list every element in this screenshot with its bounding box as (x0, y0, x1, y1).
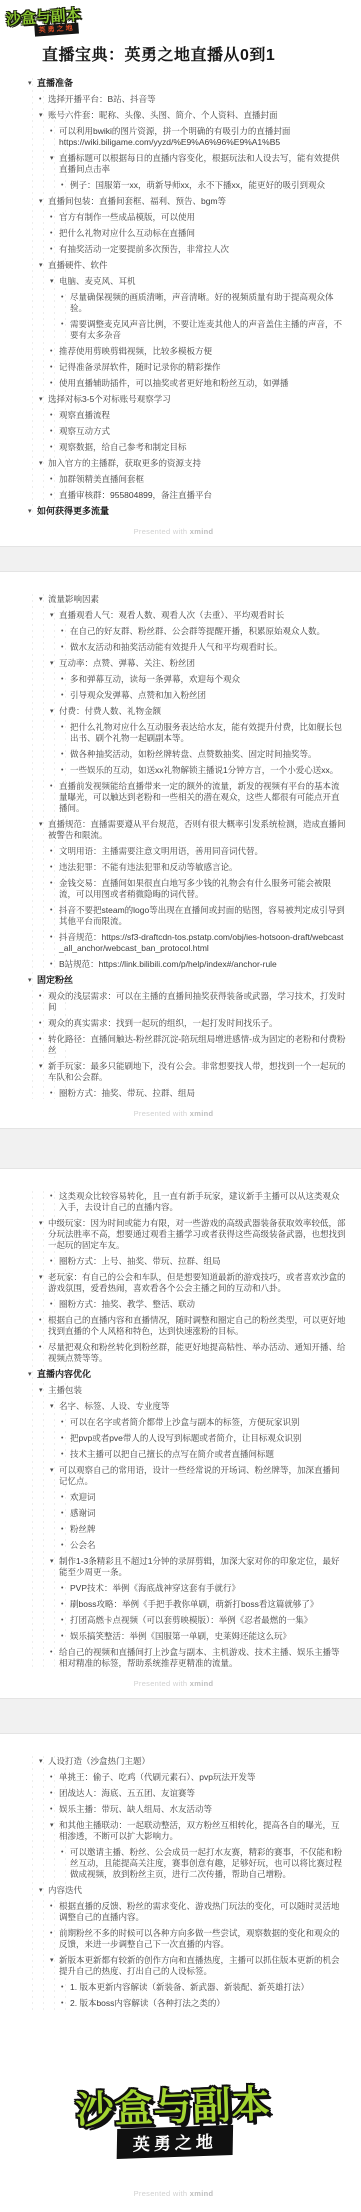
outline-item-text: 做水友活动和抽奖活动能有效提升人气和平均观看时长。 (70, 642, 283, 653)
outline-item-text: 选择开播平台：B站、抖音等 (48, 94, 156, 105)
outline-item: •可以在名字或者简介都带上沙盒与副本的标签，方便玩家识别 (61, 1417, 347, 1428)
outline-item-text: 直播内容优化 (37, 1369, 91, 1380)
bullet-icon: • (50, 126, 59, 137)
outline-item: •观察互动方式 (50, 426, 347, 437)
bullet-icon: • (61, 1508, 70, 1519)
bullet-icon: • (50, 781, 59, 792)
outline-item: •观察数据，给自己参考和制定目标 (50, 442, 347, 453)
outline-item-text: 主播包装 (48, 1385, 82, 1396)
outline-item: ▾流量影响因素 (39, 594, 347, 605)
collapse-toggle-icon[interactable]: ▾ (50, 1820, 59, 1831)
bullet-icon: • (50, 932, 59, 943)
bullet-icon: • (39, 1018, 48, 1029)
outline-item-text: 前期粉丝不多的时候可以各种方向多做一些尝试，观察数据的变化和观众的反馈，来进一步… (59, 1928, 347, 1950)
outline-item-text: 使用直播辅助插件，可以抽奖或者更好地和粉丝互动，如弹播 (59, 378, 289, 389)
outline-item: •单挑王：偷子、吃鸡（代刷元素石）、pvp玩法开发等 (50, 1772, 347, 1783)
outline-item-text: 欢迎词 (70, 1492, 96, 1503)
bullet-icon: • (50, 878, 59, 889)
outline-item-text: 粉丝牌 (70, 1524, 96, 1535)
outline-item-text: 圈粉方式：抽奖、带玩、拉群、组局 (59, 1088, 195, 1099)
outline-item: •技术主播可以把自己擅长的点写在简介或者直播间标题 (61, 1449, 347, 1460)
collapse-toggle-icon[interactable]: ▾ (39, 1272, 48, 1283)
page-gap (0, 546, 361, 572)
bullet-icon: • (50, 862, 59, 873)
outline-item-text: 电脑、麦克风、耳机 (59, 276, 136, 287)
outline-item-text: 给自己的视频和直播间打上沙盒与副本、主机游戏、技术主播、娱乐主播等相对精准的标签… (59, 1647, 347, 1669)
outline-item-text: 根据直播的反馈、粉丝的需求变化、游戏热门玩法的变化，可以随时灵活地调整自己的直播… (59, 1901, 347, 1923)
outline-item: ▾选择对标3-5个对标账号观察学习 (39, 394, 347, 405)
outline-item: ▾中级玩家：因为时间或能力有限，对一些游戏的高级武器装备获取效率较低，部分玩法胜… (39, 1218, 347, 1251)
outline-item: •可以利用bwiki的图片资源，拼一个明确的有吸引力的直播封面 https://… (50, 126, 347, 148)
outline-item: ▾账号六件套：昵称、头像、头图、简介、个人资料、直播封面 (39, 110, 347, 121)
outline-item: ▾名字、标签、人设、专业度等 (50, 1401, 347, 1412)
outline-item-text: 账号六件套：昵称、头像、头图、简介、个人资料、直播封面 (48, 110, 278, 121)
watermark-prefix: Presented with (134, 1109, 190, 1118)
outline-item-text: 记得准备录屏软件，随时记录你的精彩操作 (59, 362, 221, 373)
bullet-icon: • (61, 1847, 70, 1858)
logo-sub-text: 英勇之地 (34, 23, 79, 37)
outline-item-text: 直播准备 (37, 78, 73, 89)
outline-item-text: 互动率：点赞、弹幕、关注、粉丝团 (59, 658, 195, 669)
outline-item: •使用直播辅助插件，可以抽奖或者更好地和粉丝互动，如弹播 (50, 378, 347, 389)
collapse-toggle-icon[interactable]: ▾ (39, 1885, 48, 1896)
outline-item: •转化路径：直播间触达-粉丝群沉淀-陪玩组局增进感情-成为固定的老粉和付费粉丝 (39, 1034, 347, 1056)
outline-item-text: 尽量确保视频的画质清晰，声音清晰。好的视频质量有助于提高观众体验。 (70, 292, 347, 314)
outline-item-text: 在自己的好友群、粉丝群、公会群等提醒开播，积累原始观众人数。 (70, 626, 325, 637)
outline-item-text: 一些娱乐的互动，如送xx礼物解锁主播说1分钟方言，一个小爱心送xx。 (70, 765, 338, 776)
collapse-toggle-icon[interactable]: ▾ (28, 975, 37, 986)
outline-item-text: 把什么礼物对应什么互动服务表达给水友，能有效提升付费，比如舰长包出书、刷个礼物一… (70, 722, 347, 744)
bullet-icon: • (61, 1492, 70, 1503)
outline-item-text: 加入官方的主播群，获取更多的资源支持 (48, 458, 201, 469)
outline-item: •直播前发视频能给直播带来一定的额外的流量，新发的视频有平台的基本流量曝光，可以… (50, 781, 347, 814)
collapse-toggle-icon[interactable]: ▾ (39, 260, 48, 271)
xmind-watermark: Presented with xmind (0, 1679, 347, 1688)
outline-item-text: 付费：付费人数、礼物金额 (59, 706, 161, 717)
page-items: ▾人设打造（沙盒热门主题）•单挑王：偷子、吃鸡（代刷元素石）、pvp玩法开发等•… (0, 1756, 347, 2014)
footer-logo-sub-text: 英勇之地 (116, 2125, 232, 2159)
outline-item: •圈粉方式：上号、抽奖、带玩、拉群、组局 (50, 1256, 347, 1267)
outline-item-text: 内容迭代 (48, 1885, 82, 1896)
collapse-toggle-icon[interactable]: ▾ (39, 394, 48, 405)
bullet-icon: • (61, 765, 70, 776)
outline-item: •团战达人：海底、五五团、友谊赛等 (50, 1788, 347, 1799)
collapse-toggle-icon[interactable]: ▾ (50, 153, 59, 164)
xmind-watermark: Presented with xmind (0, 527, 347, 536)
outline-item: •尽量把观众和粉丝转化到粉丝群，能更好地提高粘性、举办活动、通知开播、给视频点赞… (39, 1342, 347, 1364)
outline-item: ▾制作1-3条精彩且不超过1分钟的录屏剪辑，加深大家对你的印象定位，最好能至少周… (50, 1556, 347, 1578)
outline-item: •观众的真实需求：找到一起玩的组织，一起打发时间找乐子。 (39, 1018, 347, 1029)
outline-item-text: 引导观众发弹幕、点赞和加入粉丝团 (70, 690, 206, 701)
bullet-icon: • (50, 442, 59, 453)
collapse-toggle-icon[interactable]: ▾ (50, 706, 59, 717)
outline-item-text: 违法犯罪：不能有违法犯罪和反动等敏感言论。 (59, 862, 238, 873)
outline-item: ▾直播规范：直播需要遵从平台规范，否则有很大概率引发系统检测，造成直播间被警告和… (39, 819, 347, 841)
outline-item: •例子：国服第一xx，萌新导师xx，永不下播xx，能更好的吸引到观众 (61, 180, 347, 191)
outline-item-text: 推荐使用剪映剪辑视频，比较多模板方便 (59, 346, 212, 357)
watermark-brand: xmind (190, 527, 214, 536)
outline-item-text: 官方有制作一些成品模版，可以使用 (59, 212, 195, 223)
bullet-icon: • (61, 292, 70, 303)
outline-item-text: 中级玩家：因为时间或能力有限，对一些游戏的高级武器装备获取效率较低，部分玩法胜率… (48, 1218, 347, 1251)
outline-item: ▾直播标题可以根据每日的直播内容变化，根据玩法和人设去写，能有效提供直播间点击率 (50, 153, 347, 175)
bullet-icon: • (61, 722, 70, 733)
bullet-icon: • (61, 1433, 70, 1444)
page-2: ▾流量影响因素▾直播观看人气：观看人数、观看人次（去重）、平均观看时长•在自己的… (0, 572, 361, 1128)
outline-item: •金钱交易：直播间如果很直白地写多少钱的礼物会有什么服务可能会被限流，可以用图或… (50, 878, 347, 900)
outline-item-text: 直播规范：直播需要遵从平台规范，否则有很大概率引发系统检测，造成直播间被警告和限… (48, 819, 347, 841)
watermark-brand: xmind (190, 2189, 214, 2198)
outline-item-text: 圈粉方式：抽奖、教学、整活、联动 (59, 1299, 195, 1310)
outline-item: •PVP技术：举例《海底战神穿这套有手就行》 (61, 1583, 347, 1594)
outline-item: •前期粉丝不多的时候可以各种方向多做一些尝试，观察数据的变化和观众的反馈，来进一… (50, 1928, 347, 1950)
collapse-toggle-icon[interactable]: ▾ (50, 1955, 59, 1966)
collapse-toggle-icon[interactable]: ▾ (39, 1061, 48, 1072)
outline-item: ▾直播硬件、软件 (39, 260, 347, 271)
outline-item-text: 公会名 (70, 1540, 96, 1551)
bullet-icon: • (61, 1417, 70, 1428)
outline-item-text: 制作1-3条精彩且不超过1分钟的录屏剪辑，加深大家对你的印象定位，最好能至少周更… (59, 1556, 347, 1578)
outline-item-text: 例子：国服第一xx，萌新导师xx，永不下播xx，能更好的吸引到观众 (70, 180, 325, 191)
outline-item-text: 这类观众比较容易转化，且一直有新手玩家，建议新手主播可以从这类观众入手，去设计自… (59, 1191, 347, 1213)
outline-item: •抖音不要把steam的logo等出现在直播间或封面的贴图，容易被判定成引导到其… (50, 905, 347, 927)
page-1: 沙盒与副本 英勇之地 直播宝典：英勇之地直播从0到1 ▾直播准备•选择开播平台：… (0, 0, 361, 546)
bullet-icon: • (50, 846, 59, 857)
outline-item: •根据自己的直播内容和直播情况，随时调整和圈定自己的粉丝类型，可以更好地找到直播… (39, 1315, 347, 1337)
outline-item-text: B站规范：https://link.bilibili.com/p/help/in… (59, 959, 277, 970)
outline-item: •多和弹幕互动，读每一条弹幕，欢迎每个观众 (61, 674, 347, 685)
page-gap (0, 1128, 361, 1169)
watermark-prefix: Presented with (134, 527, 190, 536)
bullet-icon: • (50, 1788, 59, 1799)
outline-item: ▾主播包装 (39, 1385, 347, 1396)
outline-item: ▾互动率：点赞、弹幕、关注、粉丝团 (50, 658, 347, 669)
outline-item-text: 感谢词 (70, 1508, 96, 1519)
outline-item-text: 直播观看人气：观看人数、观看人次（去重）、平均观看时长 (59, 610, 284, 621)
outline-item: •一些娱乐的互动，如送xx礼物解锁主播说1分钟方言，一个小爱心送xx。 (61, 765, 347, 776)
bullet-icon: • (61, 1449, 70, 1460)
outline-item-text: 单挑王：偷子、吃鸡（代刷元素石）、pvp玩法开发等 (59, 1772, 255, 1783)
outline-item-text: 和其他主播联动：一起联动整活，双方粉丝互相转化，提高各自的曝光，互相渗透，不断可… (59, 1820, 347, 1842)
outline-item: •官方有制作一些成品模版，可以使用 (50, 212, 347, 223)
outline-item-text: 新手玩家：最多只能刷地下，没有公会。非常想要找人带，想找到一个一起玩的车队和公会… (48, 1061, 347, 1083)
outline-item: •需要调整麦克风声音比例，不要让连麦其他人的声音盖住主播的声音，不要有太多杂音 (61, 319, 347, 341)
collapse-toggle-icon[interactable]: ▾ (39, 1756, 48, 1767)
outline-item-text: 老玩家：有自己的公会和车队，但是想要知道最新的游戏技巧，或者喜欢沙盒的游戏氛围，… (48, 1272, 347, 1294)
outline-item: •在自己的好友群、粉丝群、公会群等提醒开播，积累原始观众人数。 (61, 626, 347, 637)
outline-item: ▾付费：付费人数、礼物金额 (50, 706, 347, 717)
bullet-icon: • (50, 1191, 59, 1202)
collapse-toggle-icon[interactable]: ▾ (39, 1385, 48, 1396)
outline-item-text: 人设打造（沙盒热门主题） (48, 1756, 150, 1767)
outline-item-text: PVP技术：举例《海底战神穿这套有手就行》 (70, 1583, 240, 1594)
bullet-icon: • (61, 1583, 70, 1594)
page-items: ▾流量影响因素▾直播观看人气：观看人数、观看人次（去重）、平均观看时长•在自己的… (0, 594, 347, 1099)
outline-item: •可以邀请主播、粉丝、公会成员一起打水友赛，精彩的赛事，不仅能和粉丝互动，且能提… (61, 1847, 347, 1880)
bullet-icon: • (50, 1256, 59, 1267)
outline-item: •娱乐搞笑整活：举例《国服第一单刷，史莱姆还能这么玩》 (61, 1631, 347, 1642)
outline-item-text: 可以利用bwiki的图片资源，拼一个明确的有吸引力的直播封面 https://w… (59, 126, 290, 148)
outline-item-text: 观察直播流程 (59, 410, 110, 421)
outline-item: •记得准备录屏软件，随时记录你的精彩操作 (50, 362, 347, 373)
bullet-icon: • (50, 490, 59, 501)
outline-item: •感谢词 (61, 1508, 347, 1519)
outline-item-text: 把pvp或者pve带人的人设写到标题或者简介，让目标观众识别 (70, 1433, 301, 1444)
collapse-toggle-icon[interactable]: ▾ (39, 594, 48, 605)
outline-item: •娱乐主播：带玩、缺人组局、水友活动等 (50, 1804, 347, 1815)
outline-item-text: 尽量把观众和粉丝转化到粉丝群，能更好地提高粘性、举办活动、通知开播、给视频点赞等… (48, 1342, 347, 1364)
outline-item: ▾和其他主播联动：一起联动整活，双方粉丝互相转化，提高各自的曝光，互相渗透，不断… (50, 1820, 347, 1842)
bullet-icon: • (50, 378, 59, 389)
outline-item: •加群领精美直播间套框 (50, 474, 347, 485)
collapse-toggle-icon[interactable]: ▾ (50, 276, 59, 287)
collapse-toggle-icon[interactable]: ▾ (39, 458, 48, 469)
bullet-icon: • (39, 991, 48, 1002)
outline-item: •文明用语：主播需要注意文明用语，善用同音词代替。 (50, 846, 347, 857)
outline-item: •直播审核群：955804899，备注直播平台 (50, 490, 347, 501)
outline-item-text: 观众的浅层需求：可以在主播的直播间抽奖获得装备或武器，学习技术，打发时间 (48, 991, 347, 1013)
outline-item: ▾新版本更新都有较新的创作方向和直播热度，主播可以抓住版本更新的机会提升自己的热… (50, 1955, 347, 1977)
bullet-icon: • (50, 1299, 59, 1310)
outline-item: •圈粉方式：抽奖、教学、整活、联动 (50, 1299, 347, 1310)
outline-item: ▾人设打造（沙盒热门主题） (39, 1756, 347, 1767)
outline-item: ▾直播内容优化 (28, 1369, 347, 1380)
outline-item-text: 直播审核群：955804899，备注直播平台 (59, 490, 212, 501)
outline-item-text: 加群领精美直播间套框 (59, 474, 144, 485)
outline-item: •观察直播流程 (50, 410, 347, 421)
bullet-icon: • (50, 244, 59, 255)
page-4: ▾人设打造（沙盒热门主题）•单挑王：偷子、吃鸡（代刷元素石）、pvp玩法开发等•… (0, 1734, 361, 2212)
page-gap (0, 1698, 361, 1734)
outline-item-text: 选择对标3-5个对标账号观察学习 (48, 394, 171, 405)
outline-item: •给自己的视频和直播间打上沙盒与副本、主机游戏、技术主播、娱乐主播等相对精准的标… (50, 1647, 347, 1669)
outline-item-text: 需要调整麦克风声音比例，不要让连麦其他人的声音盖住主播的声音，不要有太多杂音 (70, 319, 347, 341)
outline-item-text: 圈粉方式：上号、抽奖、带玩、拉群、组局 (59, 1256, 221, 1267)
outline-item: •公会名 (61, 1540, 347, 1551)
bullet-icon: • (50, 410, 59, 421)
bullet-icon: • (50, 1928, 59, 1939)
bullet-icon: • (61, 1982, 70, 1993)
outline-item: ▾直播间包装：直播间套框、福利、预告、bgm等 (39, 196, 347, 207)
outline-item: •选择开播平台：B站、抖音等 (39, 94, 347, 105)
bullet-icon: • (50, 1901, 59, 1912)
outline-item: •圈粉方式：抽奖、带玩、拉群、组局 (50, 1088, 347, 1099)
page-3: •这类观众比较容易转化，且一直有新手玩家，建议新手主播可以从这类观众入手，去设计… (0, 1169, 361, 1698)
outline-item-text: 固定粉丝 (37, 975, 73, 986)
outline-item: •做各种抽奖活动，如粉丝牌转盘、点赞数抽奖、固定时间抽奖等。 (61, 749, 347, 760)
outline-item-text: 新版本更新都有较新的创作方向和直播热度，主播可以抓住版本更新的机会提升自己的热度… (59, 1955, 347, 1977)
bullet-icon: • (61, 690, 70, 701)
outline-item-text: 观察数据，给自己参考和制定目标 (59, 442, 187, 453)
outline-item-text: 娱乐主播：带玩、缺人组局、水友活动等 (59, 1804, 212, 1815)
bullet-icon: • (61, 1615, 70, 1626)
bullet-icon: • (61, 319, 70, 330)
outline-item: •观众的浅层需求：可以在主播的直播间抽奖获得装备或武器，学习技术，打发时间 (39, 991, 347, 1013)
outline-item: •1. 版本更新内容解读（新装备、新武器、新装配、新英雄打法） (61, 1982, 347, 1993)
outline-item: •B站规范：https://link.bilibili.com/p/help/i… (50, 959, 347, 970)
bullet-icon: • (61, 1540, 70, 1551)
outline-item-text: 抖音规范：https://sf3-draftcdn-tos.pstatp.com… (59, 932, 347, 954)
outline-item: ▾直播观看人气：观看人数、观看人次（去重）、平均观看时长 (50, 610, 347, 621)
outline-item-text: 把什么礼物对应什么互动标在直播间 (59, 228, 195, 239)
bullet-icon: • (61, 749, 70, 760)
outline-item-text: 多和弹幕互动，读每一条弹幕，欢迎每个观众 (70, 674, 240, 685)
page-items: •这类观众比较容易转化，且一直有新手玩家，建议新手主播可以从这类观众入手，去设计… (0, 1191, 347, 1669)
app-logo: 沙盒与副本 英勇之地 (5, 3, 82, 38)
bullet-icon: • (50, 362, 59, 373)
bullet-icon: • (50, 212, 59, 223)
footer-logo: 沙盒与副本 英勇之地 (0, 2070, 348, 2163)
outline-item-text: 直播间包装：直播间套框、福利、预告、bgm等 (48, 196, 226, 207)
outline-item: ▾可以观察自己的常用语，设计一些经常说的开场词、粉丝牌等，加深直播间记忆点。 (50, 1465, 347, 1487)
outline-item: •做水友活动和抽奖活动能有效提升人气和平均观看时长。 (61, 642, 347, 653)
outline-item-text: 可以观察自己的常用语，设计一些经常说的开场词、粉丝牌等，加深直播间记忆点。 (59, 1465, 347, 1487)
bullet-icon: • (39, 1315, 48, 1326)
bullet-icon: • (61, 674, 70, 685)
outline-item-text: 直播前发视频能给直播带来一定的额外的流量，新发的视频有平台的基本流量曝光，可以触… (59, 781, 347, 814)
bullet-icon: • (50, 474, 59, 485)
bullet-icon: • (50, 228, 59, 239)
outline-item: ▾内容迭代 (39, 1885, 347, 1896)
bullet-icon: • (61, 1599, 70, 1610)
collapse-toggle-icon[interactable]: ▾ (50, 1401, 59, 1412)
outline-item: •这类观众比较容易转化，且一直有新手玩家，建议新手主播可以从这类观众入手，去设计… (50, 1191, 347, 1213)
page-items: ▾直播准备•选择开播平台：B站、抖音等▾账号六件套：昵称、头像、头图、简介、个人… (0, 78, 347, 517)
outline-item-text: 转化路径：直播间触达-粉丝群沉淀-陪玩组局增进感情-成为固定的老粉和付费粉丝 (48, 1034, 347, 1056)
collapse-toggle-icon[interactable]: ▾ (28, 506, 37, 517)
collapse-toggle-icon[interactable]: ▾ (28, 1369, 37, 1380)
outline-item-text: 做各种抽奖活动，如粉丝牌转盘、点赞数抽奖、固定时间抽奖等。 (70, 749, 317, 760)
outline-item: •把pvp或者pve带人的人设写到标题或者简介，让目标观众识别 (61, 1433, 347, 1444)
outline-item-text: 直播标题可以根据每日的直播内容变化，根据玩法和人设去写，能有效提供直播间点击率 (59, 153, 347, 175)
outline-item: ▾加入官方的主播群，获取更多的资源支持 (39, 458, 347, 469)
outline-item: ▾老玩家：有自己的公会和车队，但是想要知道最新的游戏技巧，或者喜欢沙盒的游戏氛围… (39, 1272, 347, 1294)
outline-item: •刷boss攻略：举例《手把手教你单刷，萌新打boss看这篇就够了》 (61, 1599, 347, 1610)
outline-item: •2. 版本boss内容解读（各种打法之类的） (61, 1998, 347, 2009)
collapse-toggle-icon[interactable]: ▾ (50, 1465, 59, 1476)
outline-item-text: 可以邀请主播、粉丝、公会成员一起打水友赛，精彩的赛事，不仅能和粉丝互动，且能提高… (70, 1847, 347, 1880)
collapse-toggle-icon[interactable]: ▾ (39, 819, 48, 830)
outline-item-text: 娱乐搞笑整活：举例《国服第一单刷，史莱姆还能这么玩》 (70, 1631, 291, 1642)
page-title: 直播宝典：英勇之地直播从0到1 (42, 42, 347, 65)
outline-item-text: 有抽奖活动一定要提前多次预告，非常拉人次 (59, 244, 229, 255)
outline-item-text: 文明用语：主播需要注意文明用语，善用同音词代替。 (59, 846, 263, 857)
collapse-toggle-icon[interactable]: ▾ (39, 110, 48, 121)
outline-item-text: 刷boss攻略：举例《手把手教你单刷，萌新打boss看这篇就够了》 (70, 1599, 318, 1610)
outline-item-text: 观众的真实需求：找到一起玩的组织，一起打发时间找乐子。 (48, 1018, 278, 1029)
bullet-icon: • (39, 1034, 48, 1045)
outline-item-text: 金钱交易：直播间如果很直白地写多少钱的礼物会有什么服务可能会被限流，可以用图或者… (59, 878, 347, 900)
outline-item: ▾如何获得更多流量 (28, 506, 347, 517)
outline-item: •把什么礼物对应什么互动服务表达给水友，能有效提升付费，比如舰长包出书、刷个礼物… (61, 722, 347, 744)
outline-item-text: 团战达人：海底、五五团、友谊赛等 (59, 1788, 195, 1799)
outline-item-text: 观察互动方式 (59, 426, 110, 437)
bullet-icon: • (61, 180, 70, 191)
outline-item: •违法犯罪：不能有违法犯罪和反动等敏感言论。 (50, 862, 347, 873)
bullet-icon: • (50, 959, 59, 970)
outline-item: ▾新手玩家：最多只能刷地下，没有公会。非常想要找人带，想找到一个一起玩的车队和公… (39, 1061, 347, 1083)
watermark-prefix: Presented with (134, 2189, 190, 2198)
watermark-prefix: Presented with (134, 1679, 190, 1688)
outline-item-text: 根据自己的直播内容和直播情况，随时调整和圈定自己的粉丝类型，可以更好地找到直播的… (48, 1315, 347, 1337)
outline-item-text: 名字、标签、人设、专业度等 (59, 1401, 170, 1412)
xmind-watermark: Presented with xmind (0, 2189, 347, 2202)
collapse-toggle-icon[interactable]: ▾ (50, 610, 59, 621)
bullet-icon: • (50, 905, 59, 916)
collapse-toggle-icon[interactable]: ▾ (50, 1556, 59, 1567)
collapse-toggle-icon[interactable]: ▾ (50, 658, 59, 669)
bullet-icon: • (61, 1524, 70, 1535)
outline-item-text: 打团高燃卡点视频（可以套剪映模版）：举例《忍者最燃的一集》 (70, 1615, 312, 1626)
bullet-icon: • (61, 626, 70, 637)
outline-item-text: 抖音不要把steam的logo等出现在直播间或封面的贴图，容易被判定成引导到其他… (59, 905, 347, 927)
collapse-toggle-icon[interactable]: ▾ (39, 196, 48, 207)
bullet-icon: • (50, 1647, 59, 1658)
outline-item: •根据直播的反馈、粉丝的需求变化、游戏热门玩法的变化，可以随时灵活地调整自己的直… (50, 1901, 347, 1923)
bullet-icon: • (50, 426, 59, 437)
bullet-icon: • (61, 642, 70, 653)
outline-item: ▾直播准备 (28, 78, 347, 89)
bullet-icon: • (50, 1804, 59, 1815)
collapse-toggle-icon[interactable]: ▾ (28, 78, 37, 89)
bullet-icon: • (50, 1772, 59, 1783)
bullet-icon: • (61, 1631, 70, 1642)
watermark-brand: xmind (190, 1109, 214, 1118)
outline-item-text: 可以在名字或者简介都带上沙盒与副本的标签，方便玩家识别 (70, 1417, 300, 1428)
collapse-toggle-icon[interactable]: ▾ (39, 1218, 48, 1229)
xmind-watermark: Presented with xmind (0, 1109, 347, 1118)
bullet-icon: • (61, 1998, 70, 2009)
outline-item: •引导观众发弹幕、点赞和加入粉丝团 (61, 690, 347, 701)
outline-item: •有抽奖活动一定要提前多次预告，非常拉人次 (50, 244, 347, 255)
bullet-icon: • (50, 346, 59, 357)
outline-item: •粉丝牌 (61, 1524, 347, 1535)
outline-item: •欢迎词 (61, 1492, 347, 1503)
outline-item-text: 直播硬件、软件 (48, 260, 108, 271)
outline-item: ▾固定粉丝 (28, 975, 347, 986)
outline-item-text: 流量影响因素 (48, 594, 99, 605)
outline-item: •打团高燃卡点视频（可以套剪映模版）：举例《忍者最燃的一集》 (61, 1615, 347, 1626)
outline-item-text: 技术主播可以把自己擅长的点写在简介或者直播间标题 (70, 1449, 274, 1460)
outline-item: •推荐使用剪映剪辑视频，比较多模板方便 (50, 346, 347, 357)
bullet-icon: • (39, 94, 48, 105)
outline-item: ▾电脑、麦克风、耳机 (50, 276, 347, 287)
outline-item: •尽量确保视频的画质清晰，声音清晰。好的视频质量有助于提高观众体验。 (61, 292, 347, 314)
watermark-brand: xmind (190, 1679, 214, 1688)
outline-item: •抖音规范：https://sf3-draftcdn-tos.pstatp.co… (50, 932, 347, 954)
outline-item-text: 2. 版本boss内容解读（各种打法之类的） (70, 1998, 225, 2009)
outline-item-text: 1. 版本更新内容解读（新装备、新武器、新装配、新英雄打法） (70, 1982, 309, 1993)
bullet-icon: • (39, 1342, 48, 1353)
bullet-icon: • (50, 1088, 59, 1099)
outline-item: •把什么礼物对应什么互动标在直播间 (50, 228, 347, 239)
outline-item-text: 如何获得更多流量 (37, 506, 109, 517)
